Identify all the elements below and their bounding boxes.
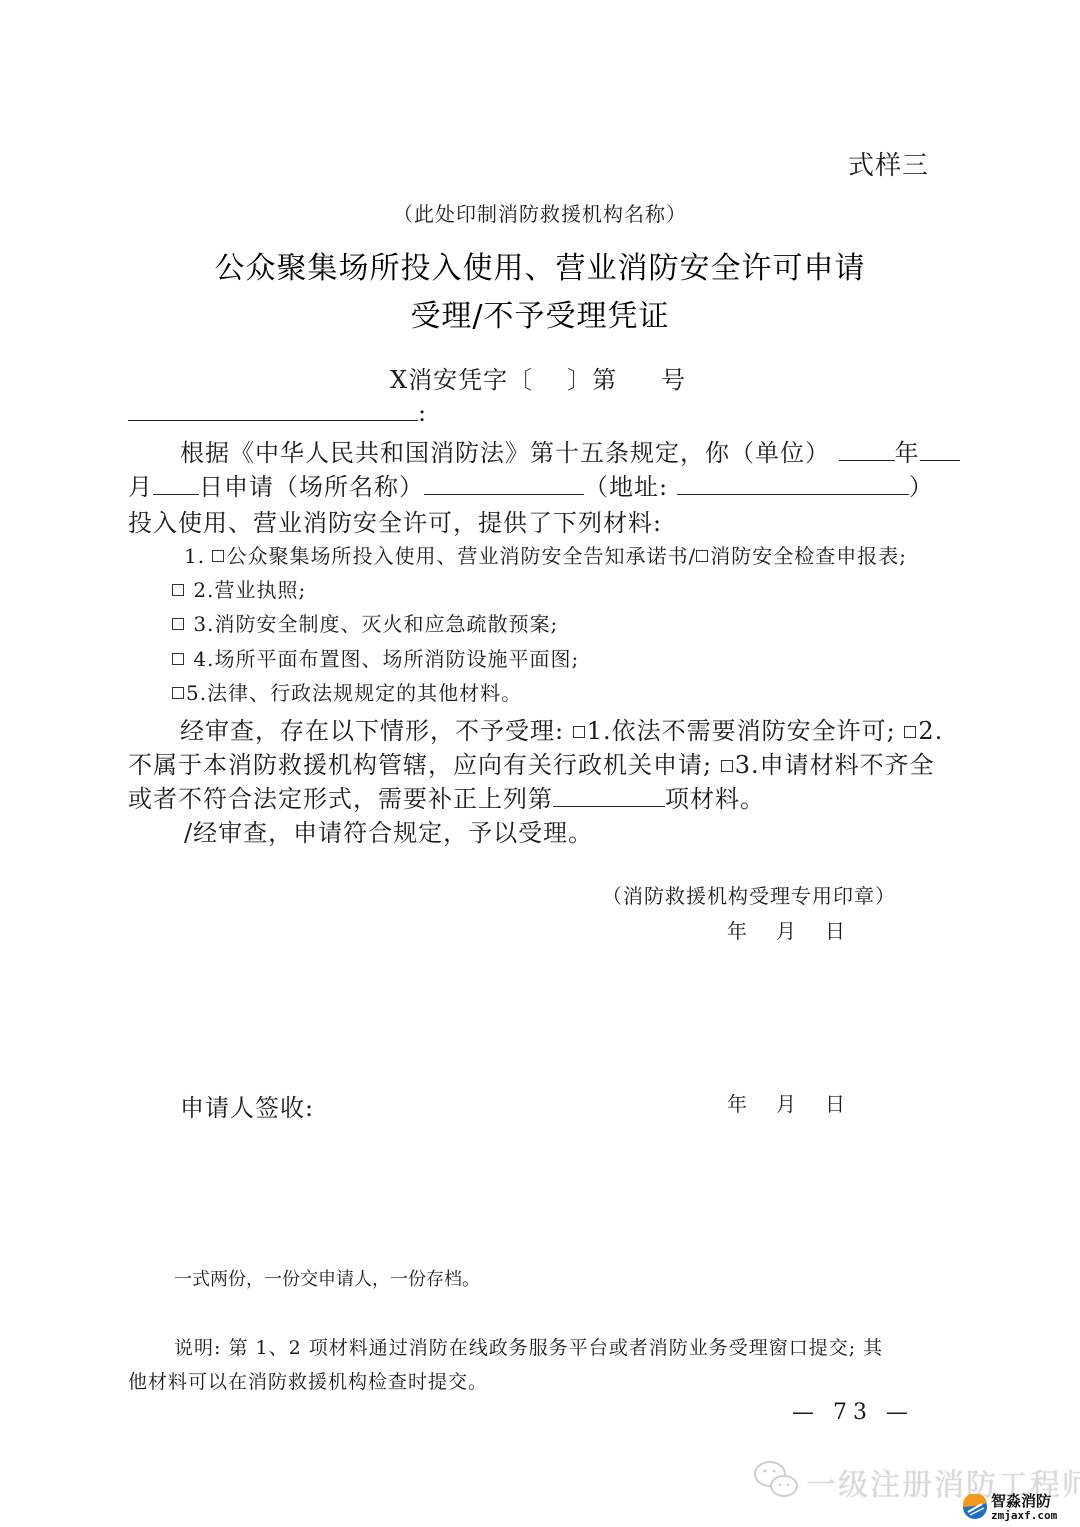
seal-label: （消防救援机构受理专用印章） (602, 880, 896, 909)
document-number: X消安凭字〔〕第号 (390, 360, 686, 395)
applicant-signature-label: 申请人签收: (180, 1088, 314, 1123)
material-item-2: 2.营业执照; (172, 574, 306, 603)
explanation-line1: 说明: 第 1、2 项材料通过消防在线政务服务平台或者消防业务受理窗口提交; 其 (174, 1333, 883, 1360)
checkbox-reject-3[interactable] (721, 760, 733, 772)
org-name-placeholder: （此处印制消防救援机构名称） (0, 198, 1080, 227)
addressee-blank[interactable] (128, 398, 418, 421)
checkbox-material-3[interactable] (172, 618, 184, 630)
material-1-number: 1. (184, 544, 212, 568)
material-item-3: 3.消防安全制度、灭火和应急疏散预案; (172, 608, 558, 637)
zhimiao-logo-icon (962, 1494, 988, 1520)
material-4-text: 4.场所平面布置图、场所消防设施平面图; (193, 647, 579, 671)
application-paragraph-line2: 月日申请（场所名称）（地址: ） (128, 467, 934, 502)
checkbox-reject-2[interactable] (904, 726, 916, 738)
reject-reason-3-text: 3.申请材料不齐全 (735, 751, 935, 779)
material-3-text: 3.消防安全制度、灭火和应急疏散预案; (193, 612, 558, 636)
application-paragraph-line1: 根据《中华人民共和国消防法》第十五条规定，你（单位） 年 (180, 433, 960, 468)
checkbox-material-1b[interactable] (696, 550, 708, 562)
seal-day: 日 (825, 919, 846, 943)
addressee-colon: : (418, 399, 427, 427)
application-text: 根据《中华人民共和国消防法》第十五条规定，你（单位） (180, 439, 830, 467)
seal-year: 年 (727, 919, 748, 943)
month-label: 月 (128, 473, 153, 501)
addressee-line: : (128, 398, 427, 427)
signature-day: 日 (825, 1092, 846, 1116)
checkbox-material-4[interactable] (172, 653, 184, 665)
explanation-line2: 他材料可以在消防救援机构检查时提交。 (128, 1367, 488, 1394)
logo-brand-name: 智淼消防 (991, 1490, 1051, 1511)
address-blank[interactable] (677, 472, 909, 495)
doc-number-mid: 〕第 (567, 366, 617, 394)
address-open-label: （地址: (584, 473, 668, 501)
seal-date: 年月日 (727, 915, 846, 944)
page-number: — 73 — (792, 1400, 914, 1425)
copies-note: 一式两份，一份交申请人，一份存档。 (174, 1265, 480, 1291)
reject-reason-1: 1.依法不需要消防安全许可; (587, 717, 905, 745)
application-month-blank[interactable] (920, 438, 960, 461)
logo-url-text: zmjaxf.com (991, 1509, 1057, 1522)
review-intro: 经审查，存在以下情形，不予受理: (180, 717, 573, 745)
year-label: 年 (895, 439, 920, 467)
application-day-blank[interactable] (153, 472, 199, 495)
material-item-5: 5.法律、行政法规规定的其他材料。 (172, 677, 522, 706)
address-close: ） (909, 473, 934, 501)
reject-reason-3-cont: 或者不符合法定形式，需要补正上列第 (128, 785, 553, 813)
review-line1: 经审查，存在以下情形，不予受理: 1.依法不需要消防安全许可; 2. (180, 711, 943, 746)
material-5-text: 5.法律、行政法规规定的其他材料。 (186, 681, 522, 705)
signature-date: 年月日 (727, 1088, 846, 1117)
material-1-text: 公众聚集场所投入使用、营业消防安全告知承诺书/ (226, 544, 696, 568)
application-year-blank[interactable] (839, 438, 895, 461)
reject-reason-2-text: 不属于本消防救援机构管辖，应向有关行政机关申请; (128, 751, 721, 779)
checkbox-material-5[interactable] (172, 687, 184, 699)
review-line2: 不属于本消防救援机构管辖，应向有关行政机关申请; 3.申请材料不齐全 (128, 745, 935, 780)
checkbox-material-2[interactable] (172, 584, 184, 596)
material-2-text: 2.营业执照; (193, 578, 306, 602)
review-line3: 或者不符合法定形式，需要补正上列第项材料。 (128, 779, 765, 814)
day-apply-text: 日申请（场所名称） (199, 473, 424, 501)
checkbox-material-1a[interactable] (212, 550, 224, 562)
reject-reason-3-end: 项材料。 (665, 785, 765, 813)
application-paragraph-line3: 投入使用、营业消防安全许可，提供了下列材料: (128, 503, 662, 538)
wechat-icon (752, 1458, 804, 1502)
document-title-line2: 受理/不予受理凭证 (0, 291, 1080, 335)
accept-statement: /经审查，申请符合规定，予以受理。 (184, 813, 593, 848)
seal-month: 月 (776, 919, 797, 943)
material-1-text2: 消防安全检查申报表; (710, 544, 907, 568)
signature-year: 年 (727, 1092, 748, 1116)
form-sample-label: 式样三 (848, 145, 929, 182)
reject-reason-2-number: 2. (918, 717, 943, 745)
material-item-1: 1. 公众聚集场所投入使用、营业消防安全告知承诺书/消防安全检查申报表; (184, 540, 907, 569)
doc-number-suffix: 号 (661, 366, 686, 394)
checkbox-reject-1[interactable] (573, 726, 585, 738)
signature-month: 月 (776, 1092, 797, 1116)
document-title-line1: 公众聚集场所投入使用、营业消防安全许可申请 (0, 243, 1080, 287)
doc-number-prefix: X消安凭字〔 (390, 366, 533, 394)
material-item-4: 4.场所平面布置图、场所消防设施平面图; (172, 643, 579, 672)
supplement-items-blank[interactable] (553, 784, 665, 807)
venue-name-blank[interactable] (424, 472, 584, 495)
